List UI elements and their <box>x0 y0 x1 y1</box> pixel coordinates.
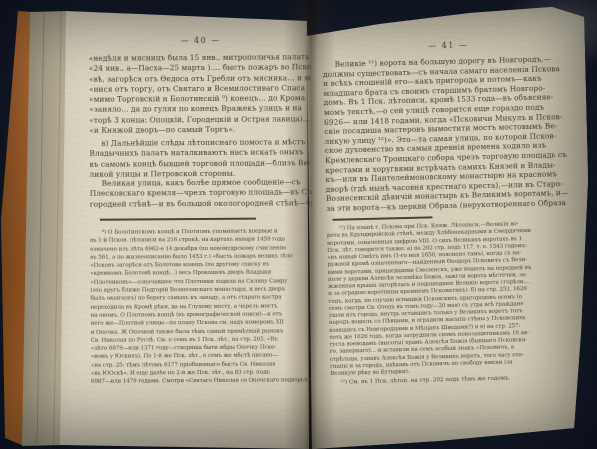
right-footnote-rule <box>332 216 432 220</box>
text-line: городней стѣнѣ—и въ большой окологородне… <box>90 198 312 210</box>
right-main-paragraph: Великіе ¹¹) ворота на большую дорогу въ … <box>323 54 573 213</box>
book-photo: — 40 — «недѣля и мясницъ была 15 янв., м… <box>0 0 597 449</box>
right-page-text: — 41 — Великіе ¹¹) ворота на большую дор… <box>322 30 584 440</box>
left-page-number: — 40 — <box>89 35 313 46</box>
left-footnote: ⁹) О Болотинскомъ концѣ и Плотномъ упоми… <box>90 227 311 386</box>
text-line: былъ оконченъ) по берегу самыхъ къ запад… <box>90 294 310 304</box>
right-footnote-11: ¹¹) На планѣ г. Пскова при Пск. Княж. Лѣ… <box>327 220 577 378</box>
left-paragraph-v: в) Дальнѣйшіе слѣды лѣтописнаго помоста … <box>89 137 311 180</box>
text-line: въ самомъ концѣ бывшей торговой площади—… <box>89 158 311 170</box>
left-page-text: — 40 — «недѣля и мясницъ была 15 янв., м… <box>89 29 316 435</box>
left-paragraph-velikaya: Великая улица, какъ болѣе прямое сообщен… <box>90 177 312 209</box>
left-footnote-rule <box>100 218 256 221</box>
text-line: «торѣ 3 конца: Опоцкій, Городецкій и Ост… <box>89 114 311 126</box>
text-line: «и Княжой дворъ—по самый Торгъ». <box>89 124 311 136</box>
text-line: 6987—или 1479 годами. Смотри «Святаго Ни… <box>91 377 311 387</box>
right-page-number: — 41 — <box>322 38 574 53</box>
left-quoted-paragraph: «недѣля и мясницъ была 15 янв., митропол… <box>89 52 312 136</box>
